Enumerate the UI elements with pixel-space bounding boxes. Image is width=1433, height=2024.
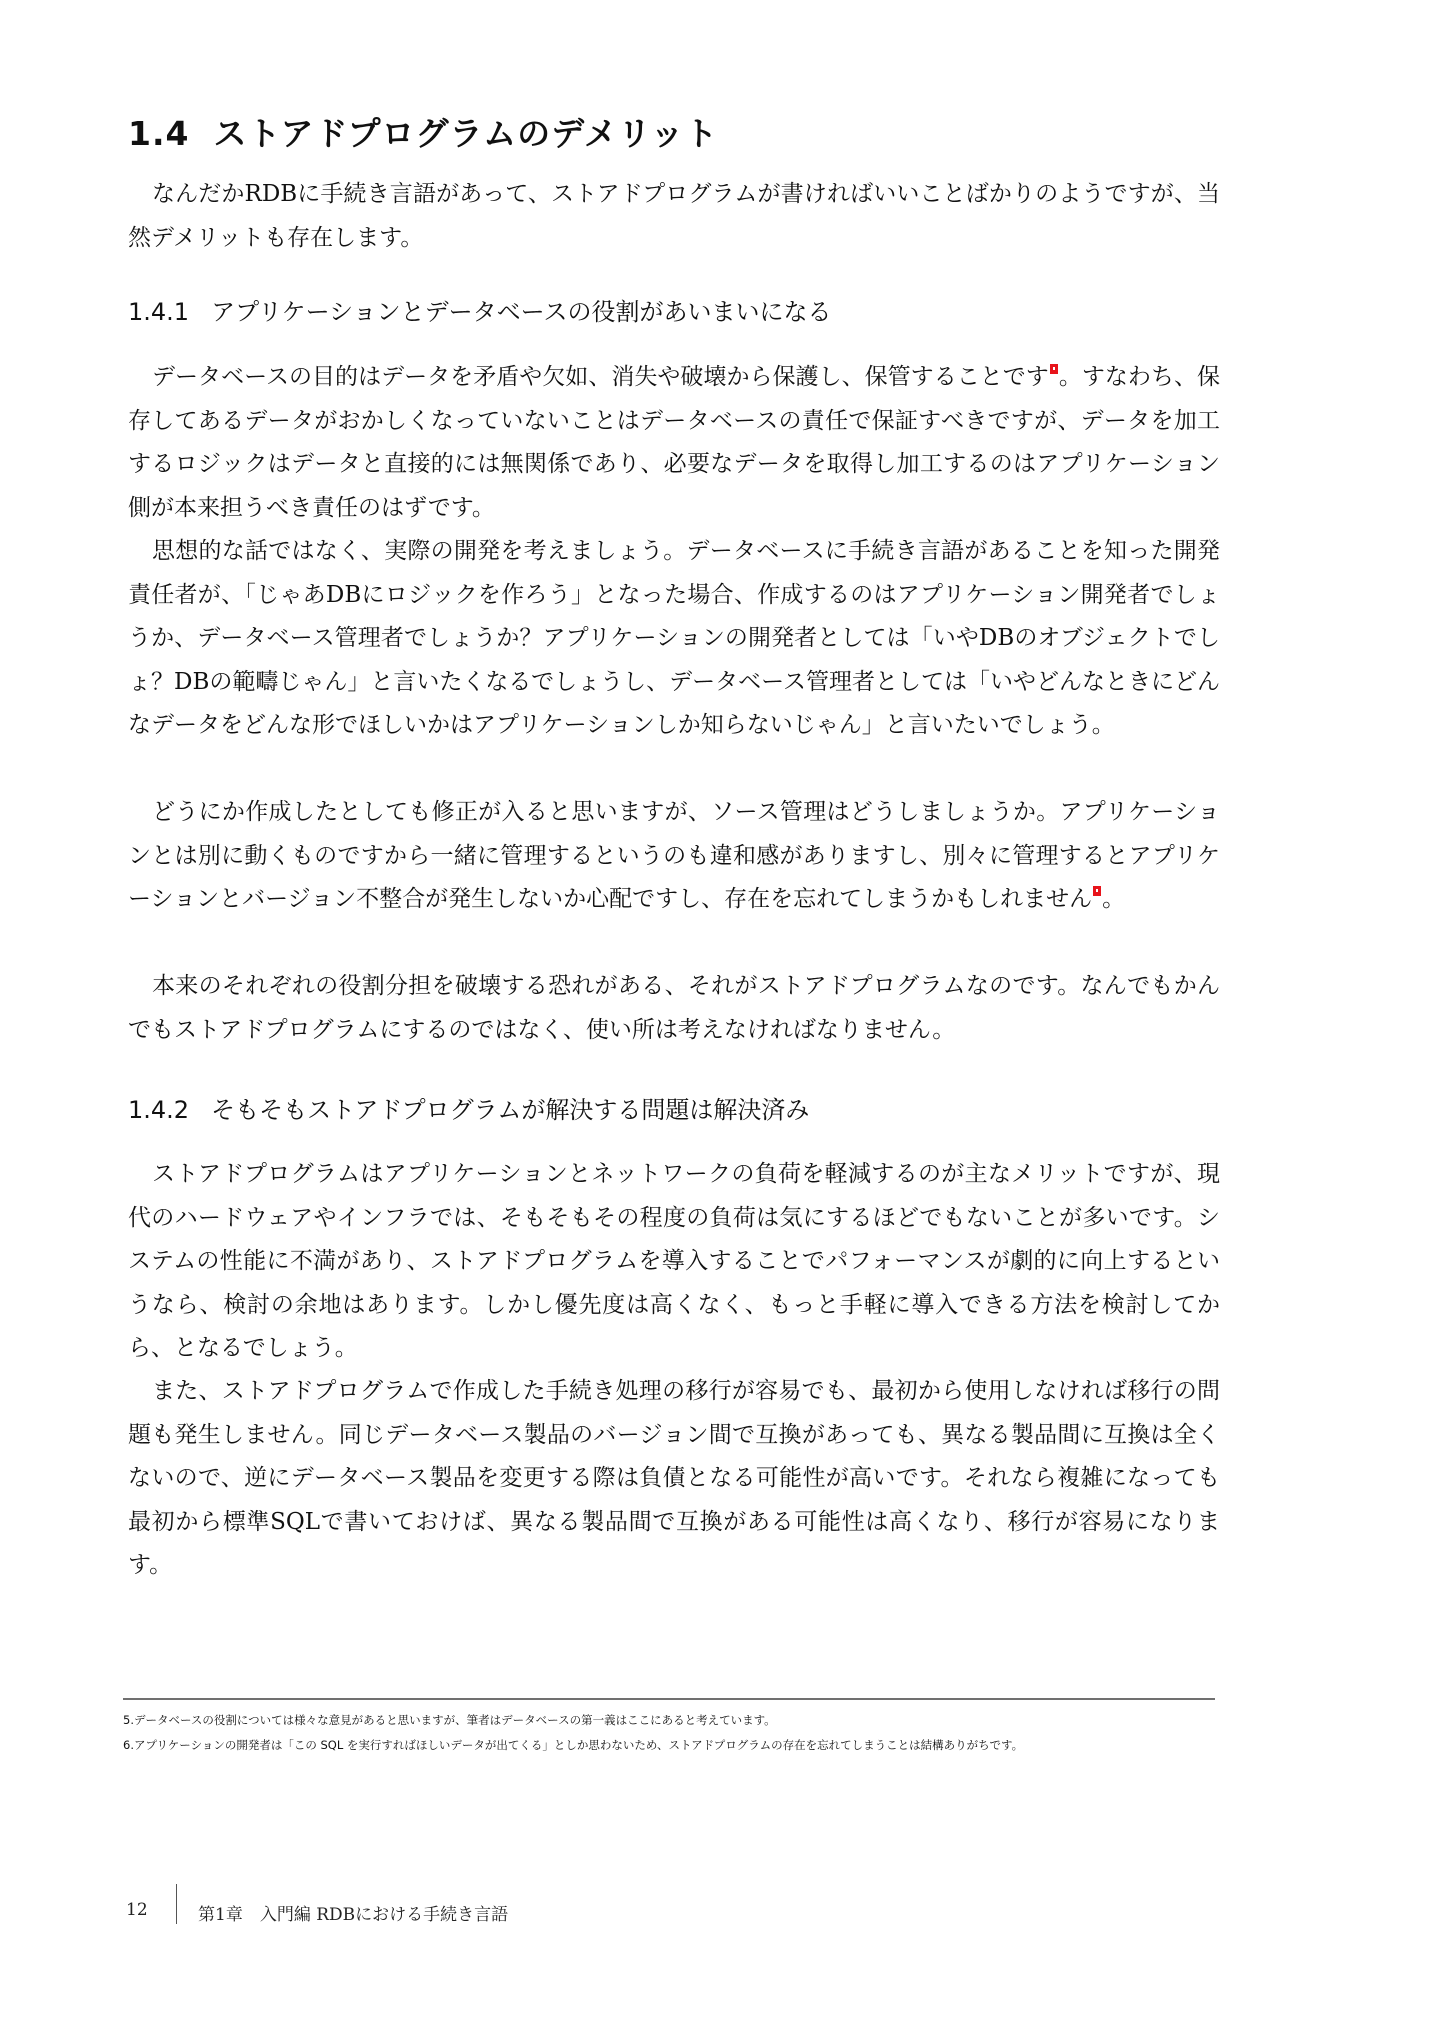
page-number: 12 [126,1900,148,1920]
footnote-number: 5. [123,1713,134,1727]
subsection-title: そもそもストアドプログラムが解決する問題は解決済み [211,1096,809,1124]
paragraph: ストアドプログラムはアプリケーションとネットワークの負荷を軽減するのが主なメリッ… [128,1153,1220,1371]
paragraph-text: データベースの目的はデータを矛盾や欠如、消失や破壊から保護し、保管することです [152,364,1049,390]
paragraph-text: 。 [1102,886,1125,912]
paragraph: データベースの目的はデータを矛盾や欠如、消失や破壊から保護し、保管することです。… [128,356,1220,530]
footnote-marker-6[interactable] [1093,886,1101,896]
footer-divider [176,1884,177,1924]
subsection-number: 1.4.1 [128,298,189,326]
paragraph: どうにか作成したとしても修正が入ると思いますが、ソース管理はどうしましょうか。ア… [128,791,1220,922]
document-page: 1.4ストアドプログラムのデメリット なんだかRDBに手続き言語があって、ストア… [0,0,1433,2024]
footnote-marker-5[interactable] [1050,364,1058,374]
subsection-heading-2: 1.4.2そもそもストアドプログラムが解決する問題は解決済み [128,1090,809,1125]
paragraph: 思想的な話ではなく、実際の開発を考えましょう。データベースに手続き言語があること… [128,530,1220,748]
paragraph: また、ストアドプログラムで作成した手続き処理の移行が容易でも、最初から使用しなけ… [128,1370,1220,1588]
subsection-number: 1.4.2 [128,1096,189,1124]
footnote-5: 5.データベースの役割については様々な意見があると思いますが、筆者はデータベース… [123,1712,776,1728]
footnote-text: アプリケーションの開発者は「この SQL を実行すればほしいデータが出てくる」と… [134,1738,1023,1752]
footnote-text: データベースの役割については様々な意見があると思いますが、筆者はデータベースの第… [134,1713,776,1727]
footnote-6: 6.アプリケーションの開発者は「この SQL を実行すればほしいデータが出てくる… [123,1737,1023,1753]
paragraph: 本来のそれぞれの役割分担を破壊する恐れがある、それがストアドプログラムなのです。… [128,965,1220,1052]
section-number: 1.4 [128,114,189,153]
running-head: 第1章 入門編 RDBにおける手続き言語 [198,1900,508,1925]
intro-paragraph: なんだかRDBに手続き言語があって、ストアドプログラムが書ければいいことばかりの… [128,173,1220,260]
footnote-divider [123,1698,1215,1700]
footnote-number: 6. [123,1738,134,1752]
paragraph-text: どうにか作成したとしても修正が入ると思いますが、ソース管理はどうしましょうか。ア… [128,799,1220,912]
subsection-title: アプリケーションとデータベースの役割があいまいになる [211,298,831,326]
section-title: ストアドプログラムのデメリット [213,114,718,153]
subsection-heading-1: 1.4.1アプリケーションとデータベースの役割があいまいになる [128,292,831,327]
section-heading: 1.4ストアドプログラムのデメリット [128,108,719,155]
